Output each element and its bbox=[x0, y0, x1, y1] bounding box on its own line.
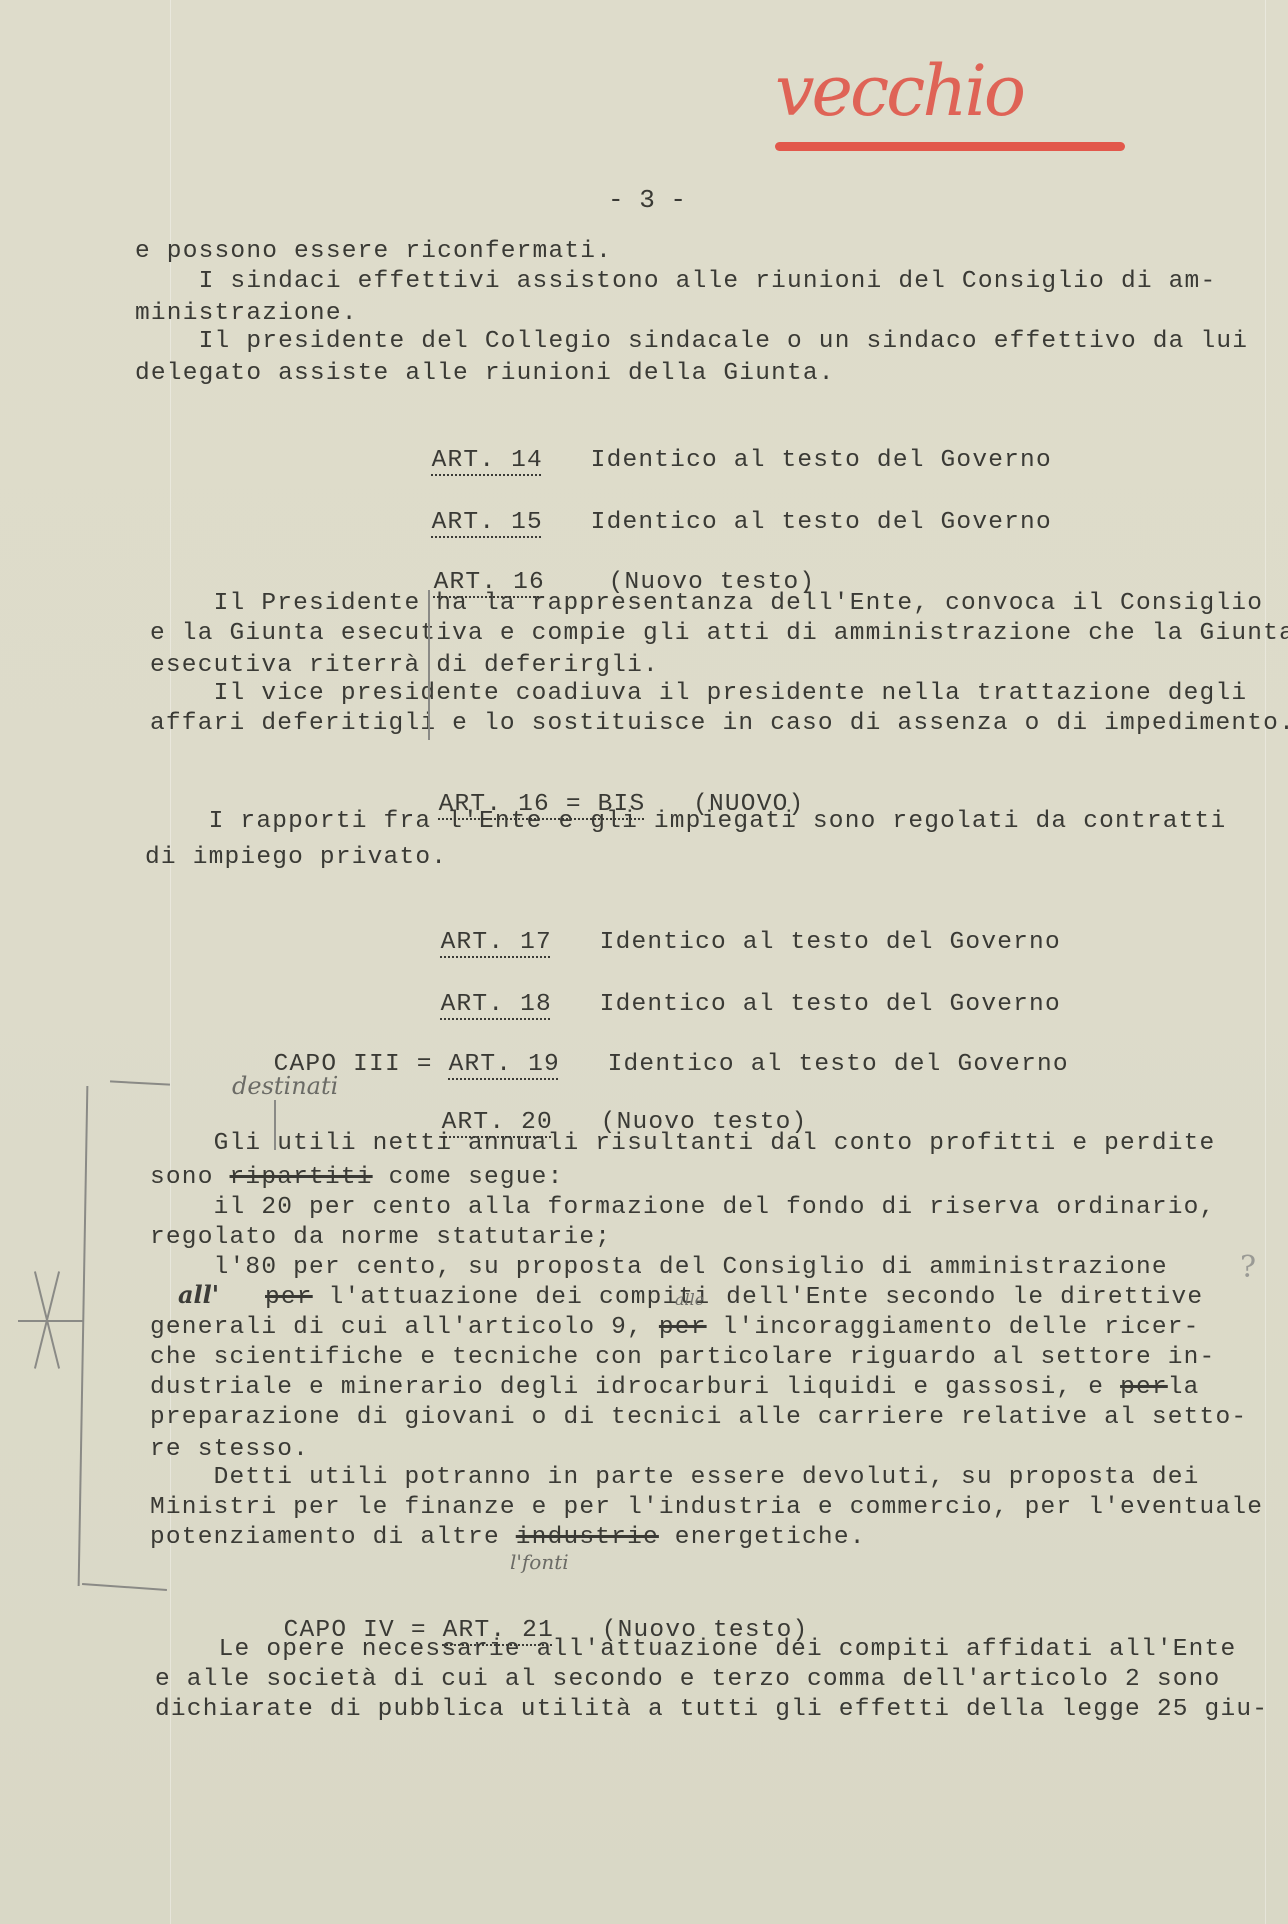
text-line: regolato da norme statutarie; bbox=[150, 1224, 611, 1251]
text-line: l'80 per cento, su proposta del Consigli… bbox=[150, 1254, 1168, 1281]
text-line: Il Presidente ha la rappresentanza dell'… bbox=[150, 590, 1263, 617]
text-line: di impiego privato. bbox=[145, 844, 447, 871]
text-line: ministrazione. bbox=[135, 300, 358, 327]
text-line: Detti utili potranno in parte essere dev… bbox=[150, 1464, 1200, 1491]
text-line: Ministri per le finanze e per l'industri… bbox=[150, 1494, 1263, 1521]
article-label: ART. 18 bbox=[441, 991, 552, 1018]
text-line: I rapporti fra l'Ente e gli impiegati so… bbox=[145, 808, 1226, 835]
article-note: Identico al testo del Governo bbox=[600, 929, 1061, 956]
struck-word: ripartiti bbox=[230, 1164, 373, 1191]
article-note: Identico al testo del Governo bbox=[600, 991, 1061, 1018]
text-line: Le opere necessarie all'attuazione dei c… bbox=[155, 1636, 1236, 1663]
text-line: dustriale e minerario degli idrocarburi … bbox=[150, 1374, 1200, 1401]
text-line: il 20 per cento alla formazione del fond… bbox=[150, 1194, 1215, 1221]
article-note: Identico al testo del Governo bbox=[608, 1051, 1069, 1078]
article-note: Identico al testo del Governo bbox=[591, 447, 1052, 474]
article-label: ART. 19 bbox=[449, 1051, 560, 1078]
pencil-cross-mark bbox=[18, 1320, 84, 1322]
text-line: e la Giunta esecutiva e compie gli atti … bbox=[150, 620, 1288, 647]
text-line: delegato assiste alle riunioni della Giu… bbox=[135, 360, 835, 387]
text-line: che scientifiche e tecniche con particol… bbox=[150, 1344, 1215, 1371]
text-line: potenziamento di altre industrie energet… bbox=[150, 1524, 866, 1551]
article-label: ART. 17 bbox=[441, 929, 552, 956]
article-label: ART. 15 bbox=[432, 509, 543, 536]
pencil-bracket-top bbox=[110, 1080, 170, 1085]
text-line: e alle società di cui al secondo e terzo… bbox=[155, 1666, 1220, 1693]
page-number: - 3 - bbox=[608, 185, 686, 215]
pencil-vertical-mark bbox=[428, 590, 430, 740]
article-label: ART. 14 bbox=[432, 447, 543, 474]
text-line: Il presidente del Collegio sindacale o u… bbox=[135, 328, 1248, 355]
text-line: re stesso. bbox=[150, 1436, 309, 1463]
pencil-bracket-bottom bbox=[82, 1583, 167, 1591]
struck-word: per bbox=[265, 1284, 313, 1311]
text-line: per l'attuazione dei compiti dell'Ente s… bbox=[265, 1284, 1203, 1311]
struck-word: per bbox=[1120, 1374, 1168, 1401]
paper-fold-line bbox=[1265, 0, 1266, 1924]
red-pencil-annotation: vecchio bbox=[775, 50, 1023, 132]
text-line: e possono essere riconfermati. bbox=[135, 238, 612, 265]
handwritten-note: alle bbox=[675, 1290, 704, 1309]
struck-word: industrie bbox=[516, 1524, 659, 1551]
text-line: preparazione di giovani o di tecnici all… bbox=[150, 1404, 1247, 1431]
margin-question-mark: ? bbox=[1240, 1250, 1256, 1285]
text-line: Gli utili netti annuali risultanti dal c… bbox=[150, 1130, 1215, 1157]
text-line: esecutiva riterrà di deferirgli. bbox=[150, 652, 659, 679]
text-line: affari deferitigli e lo sostituisce in c… bbox=[150, 710, 1288, 737]
text-line: Il vice presidente coadiuva il president… bbox=[150, 680, 1247, 707]
text-line: I sindaci effettivi assistono alle riuni… bbox=[135, 268, 1216, 295]
red-pencil-underline bbox=[775, 142, 1125, 151]
document-page: vecchio - 3 - e possono essere riconferm… bbox=[0, 0, 1288, 1924]
handwritten-note: destinati bbox=[232, 1072, 338, 1100]
text-line: sono ripartiti come segue: bbox=[150, 1164, 564, 1191]
text-line: generali di cui all'articolo 9, per l'in… bbox=[150, 1314, 1200, 1341]
pencil-bracket-side bbox=[78, 1086, 89, 1586]
article-note: Identico al testo del Governo bbox=[591, 509, 1052, 536]
struck-word: per bbox=[659, 1314, 707, 1341]
text-line: dichiarate di pubblica utilità a tutti g… bbox=[155, 1696, 1268, 1723]
handwritten-note: l'fonti bbox=[510, 1550, 569, 1574]
handwritten-note: all' bbox=[178, 1280, 219, 1309]
